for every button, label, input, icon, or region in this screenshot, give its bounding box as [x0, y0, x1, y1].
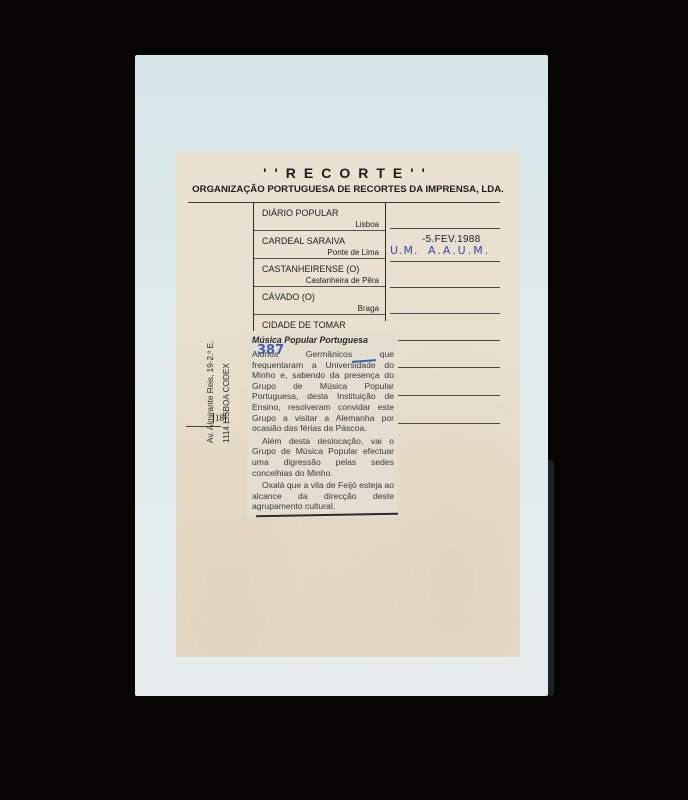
publication-city: Lisboa: [355, 220, 379, 229]
publication-entry: CÁVADO (O) Braga: [254, 287, 385, 315]
publication-name: CÁVADO (O): [262, 292, 315, 302]
clipping-paragraph: Além desta deslocação, vai o Grupo de Mú…: [252, 436, 394, 478]
handwritten-note-left: U.M.: [390, 244, 419, 257]
entry-line: [390, 228, 500, 229]
publication-column-right-border: [385, 203, 386, 321]
publication-entry: DIÁRIO POPULAR Lisboa: [254, 203, 385, 231]
publication-name: CARDEAL SARAIVA: [262, 236, 345, 246]
paper-edge-shadow: [548, 460, 554, 696]
entry-line: [390, 261, 500, 262]
publication-name: CIDADE DE TOMAR: [262, 320, 346, 330]
box-number-rule: [186, 426, 221, 427]
entry-line: [398, 423, 500, 424]
publication-city: Ponte de Lima: [327, 248, 379, 257]
publication-city: Castanheira de Pêra: [306, 276, 379, 285]
address-street: Av. Almirante Reis, 19-2.º E.: [203, 341, 219, 443]
entry-line: [390, 313, 500, 314]
address-block: Av. Almirante Reis, 19-2.º E. 1114 LISBO…: [203, 341, 235, 443]
entry-line: [390, 287, 500, 288]
organization-name: ORGANIZAÇÃO PORTUGUESA DE RECORTES DA IM…: [176, 184, 520, 195]
handwritten-note-right: A.A.U.M.: [428, 244, 490, 257]
handwritten-clip-number: 387: [257, 343, 284, 358]
entry-line: [398, 340, 500, 341]
publication-entry: CASTANHEIRENSE (O) Castanheira de Pêra: [254, 259, 385, 287]
clipping-paragraph: Oxalá que a vila de Feijó esteja ao alca…: [252, 480, 394, 512]
clipping-end-rule: [256, 513, 398, 517]
clipping-body: Alunos Germânicos que frequentaram a Uni…: [252, 349, 394, 512]
clipping-paragraph: Alunos Germânicos que frequentaram a Uni…: [252, 349, 394, 434]
publication-name: CASTANHEIRENSE (O): [262, 264, 359, 274]
address-city: 1114 LISBOA CODEX: [219, 341, 235, 443]
publication-name: DIÁRIO POPULAR: [262, 208, 339, 218]
box-number: 18: [213, 413, 226, 423]
publication-city: Braga: [358, 304, 379, 313]
clipping-card: ''RECORTE'' ORGANIZAÇÃO PORTUGUESA DE RE…: [176, 151, 520, 657]
entry-line: [398, 367, 500, 368]
publication-entry: CARDEAL SARAIVA Ponte de Lima: [254, 231, 385, 259]
brand-title: ''RECORTE'': [176, 165, 520, 181]
entry-line: [398, 395, 500, 396]
